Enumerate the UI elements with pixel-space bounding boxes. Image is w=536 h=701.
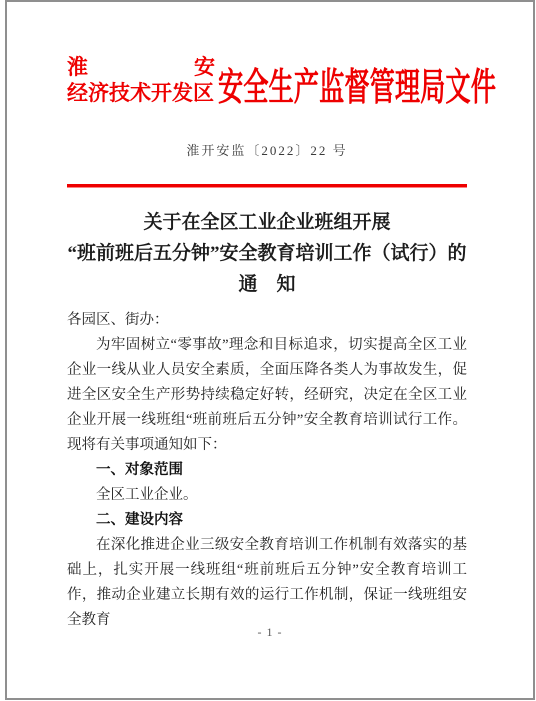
intro-paragraph: 为牢固树立“零事故”理念和目标追求，切实提高全区工业企业一线从业人员安全素质，全… <box>67 333 467 458</box>
region-char-left: 淮 <box>67 54 88 80</box>
document-title: 关于在全区工业企业班组开展 “班前班后五分钟”安全教育培训工作（试行）的 通 知 <box>67 207 467 300</box>
document-number: 淮开安监〔2022〕22 号 <box>67 142 467 160</box>
page-number: - 1 - <box>7 625 533 640</box>
title-line-2: “班前班后五分钟”安全教育培训工作（试行）的 <box>67 238 467 269</box>
section-1-heading: 一、对象范围 <box>67 458 467 483</box>
section-2-heading: 二、建设内容 <box>67 508 467 533</box>
document-body: 各园区、街办： 为牢固树立“零事故”理念和目标追求，切实提高全区工业企业一线从业… <box>67 308 467 633</box>
section-1-text: 全区工业企业。 <box>67 483 467 508</box>
issuing-authority-title: 安全生产监督管理局文件 <box>218 68 496 108</box>
region-name: 淮 安 经济技术开发区 <box>67 54 215 106</box>
title-line-1: 关于在全区工业企业班组开展 <box>67 207 467 238</box>
red-letterhead: 淮 安 经济技术开发区 安全生产监督管理局文件 <box>67 54 467 106</box>
document-page: 淮 安 经济技术开发区 安全生产监督管理局文件 淮开安监〔2022〕22 号 关… <box>5 0 535 700</box>
region-name-bottom-row: 经济技术开发区 <box>67 80 215 106</box>
salutation: 各园区、街办： <box>67 308 467 333</box>
section-2-text: 在深化推进企业三级安全教育培训工作机制有效落实的基础上，扎实开展一线班组“班前班… <box>67 533 467 633</box>
region-name-top-row: 淮 安 <box>67 54 215 80</box>
region-char-right: 安 <box>194 54 215 80</box>
title-line-3: 通 知 <box>67 269 467 300</box>
red-divider-rule <box>67 184 467 188</box>
